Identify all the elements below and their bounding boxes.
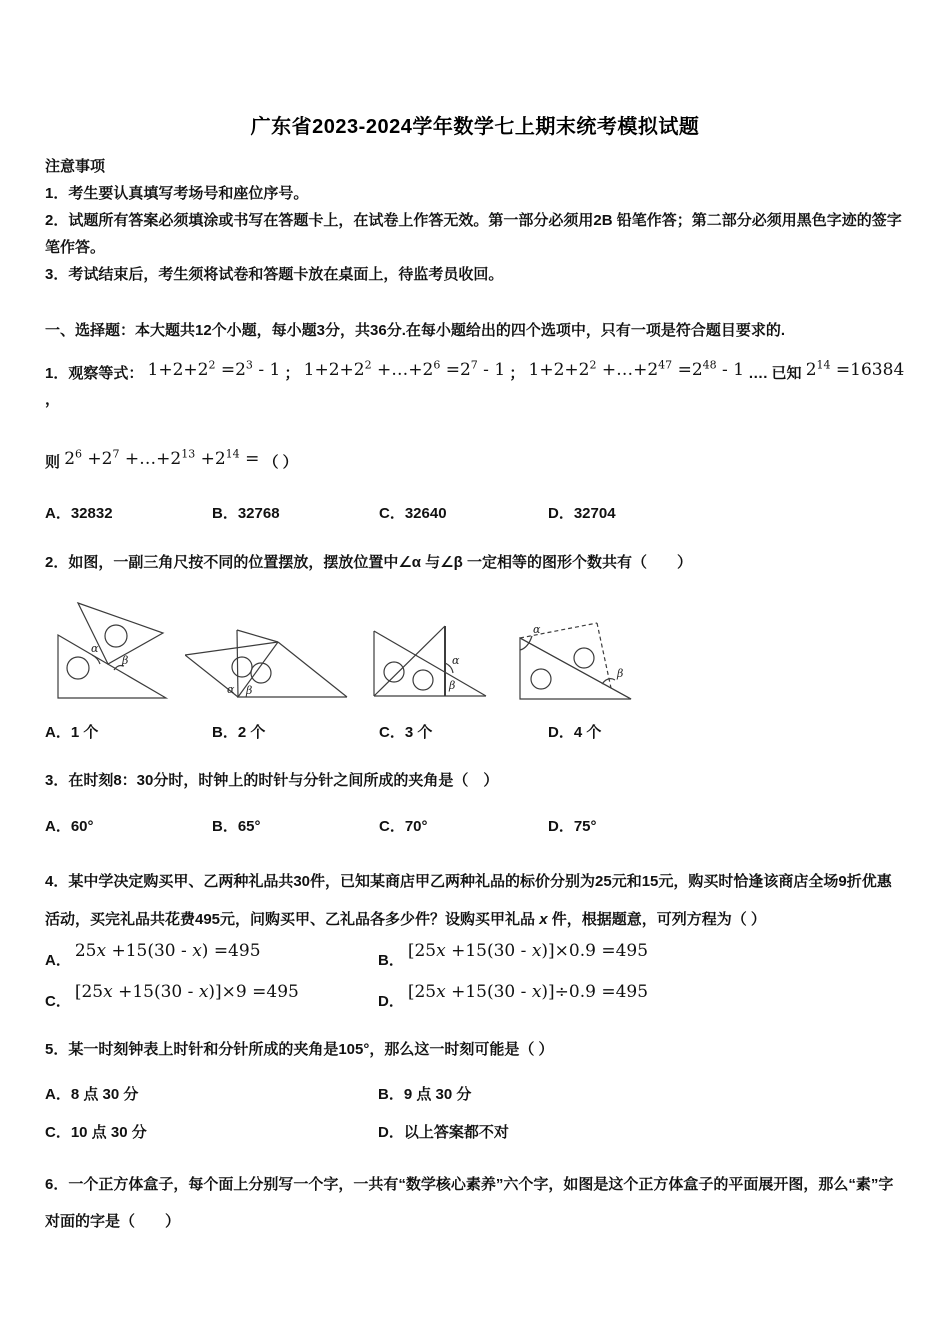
notice-item-3: 3．考试结束后，考生须将试卷和答题卡放在桌面上，待监考员收回。 — [45, 261, 905, 288]
q1-formula-4: 214 =16384 — [806, 360, 905, 380]
q1-option-a: A．32832 — [45, 503, 212, 525]
q5-options-grid: A．8 点 30 分 B．9 点 30 分 C．10 点 30 分 D．以上答案… — [45, 1083, 905, 1142]
q2-option-d: D．4 个 — [548, 722, 905, 744]
beta-label: β — [448, 679, 455, 692]
q4-options-grid: A． 25x +15(30 - x) =495 B． [25x +15(30 -… — [45, 949, 905, 1011]
question-2-text: 2．如图，一副三角尺按不同的位置摆放，摆放位置中∠α 与∠β 一定相等的图形个数… — [45, 550, 905, 576]
q5-option-a: A．8 点 30 分 — [45, 1083, 378, 1104]
q1-prefix: 1．观察等式： — [45, 365, 143, 382]
notice-heading: 注意事项 — [45, 153, 905, 180]
q1-answer-bracket: （ ） — [264, 454, 298, 471]
q3-options-row: A．60° B．65° C．70° D．75° — [45, 816, 905, 838]
q1-option-b: B．32768 — [212, 503, 379, 525]
q4-option-c: C． [25x +15(30 - x)]×9 =495 — [45, 990, 378, 1011]
beta-label: β — [616, 667, 623, 680]
q5-option-c: C．10 点 30 分 — [45, 1121, 378, 1142]
q2-option-a: A．1 个 — [45, 722, 212, 744]
q1-option-c: C．32640 — [379, 503, 548, 525]
q2-figure-4-triangle-rulers: α β — [518, 622, 633, 700]
alpha-label: α — [91, 642, 99, 655]
question-5-text: 5．某一时刻钟表上时针和分针所成的夹角是105°，那么这一时刻可能是（ ） — [45, 1037, 905, 1063]
q2-options-row: A．1 个 B．2 个 C．3 个 D．4 个 — [45, 722, 905, 744]
q1-sep-1: ； — [284, 365, 299, 382]
q3-option-a: A．60° — [45, 816, 212, 838]
q4-option-a: A． 25x +15(30 - x) =495 — [45, 949, 378, 970]
q4-option-d: D． [25x +15(30 - x)]÷0.9 =495 — [378, 990, 905, 1011]
notice-item-1: 1．考生要认真填写考场号和座位序号。 — [45, 180, 905, 207]
q4-option-d-formula: [25x +15(30 - x)]÷0.9 =495 — [408, 982, 648, 1002]
q1-options-row: A．32832 B．32768 C．32640 D．32704 — [45, 503, 905, 525]
q4-option-b-label: B． — [378, 949, 404, 970]
page-title: 广东省2023-2024学年数学七上期末统考模拟试题 — [45, 110, 905, 139]
section1-heading: 一、选择题：本大题共12个小题，每小题3分，共36分.在每小题给出的四个选项中，… — [45, 319, 905, 343]
q2-figures-row: α β α β — [45, 598, 905, 700]
q3-option-c: C．70° — [379, 816, 548, 838]
q3-option-d: D．75° — [548, 816, 905, 838]
q2-figure-3-triangle-rulers: α β — [373, 625, 487, 700]
q1-known-text: …. 已知 — [748, 365, 801, 382]
q1-formula-5: 26 +27 +…+213 +214 = — [64, 449, 259, 469]
q1-formula-2: 1+2+22 +…+26 =27 - 1 — [304, 360, 506, 380]
q2-figure-2-triangle-rulers: α β — [185, 625, 350, 700]
notice-section: 注意事项 1．考生要认真填写考场号和座位序号。 2．试题所有答案必须填涂或书写在… — [45, 153, 905, 288]
q3-option-b: B．65° — [212, 816, 379, 838]
alpha-label: α — [452, 654, 460, 667]
q1-comma: ， — [45, 391, 60, 408]
beta-label: β — [121, 654, 128, 667]
q1-formula-3: 1+2+22 +…+247 =248 - 1 — [529, 360, 745, 380]
beta-label: β — [245, 684, 252, 697]
question-4-text: 4．某中学决定购买甲、乙两种礼品共30件，已知某商店甲乙两种礼品的标价分别为25… — [45, 863, 905, 939]
q1-sep-2: ； — [509, 365, 524, 382]
question-1-equation-line: 则 26 +27 +…+213 +214 = （ ） — [45, 449, 905, 476]
q1-formula-1: 1+2+22 =23 - 1 — [148, 360, 281, 380]
q2-option-c: C．3 个 — [379, 722, 548, 744]
q4-option-c-formula: [25x +15(30 - x)]×9 =495 — [75, 982, 299, 1002]
question-3-text: 3．在时刻8：30分时，时钟上的时针与分针之间所成的夹角是（ ） — [45, 768, 905, 794]
notice-item-2: 2．试题所有答案必须填涂或书写在答题卡上，在试卷上作答无效。第一部分必须用2B … — [45, 207, 905, 261]
q4-option-a-formula: 25x +15(30 - x) =495 — [75, 941, 261, 961]
q4-option-d-label: D． — [378, 990, 404, 1011]
q4-option-b-formula: [25x +15(30 - x)]×0.9 =495 — [408, 941, 648, 961]
q1-then: 则 — [45, 454, 60, 471]
q2-figure-1-triangle-rulers: α β — [48, 600, 173, 700]
exam-page: 广东省2023-2024学年数学七上期末统考模拟试题 注意事项 1．考生要认真填… — [0, 0, 950, 1344]
q1-option-d: D．32704 — [548, 503, 905, 525]
q4-option-c-label: C． — [45, 990, 71, 1011]
q4-option-a-label: A． — [45, 949, 71, 970]
alpha-label: α — [227, 683, 235, 696]
alpha-label: α — [533, 623, 541, 636]
q5-option-d: D．以上答案都不对 — [378, 1121, 905, 1142]
q4-option-b: B． [25x +15(30 - x)]×0.9 =495 — [378, 949, 905, 970]
question-1-text: 1．观察等式： 1+2+22 =23 - 1 ； 1+2+22 +…+26 =2… — [45, 360, 905, 413]
q5-option-b: B．9 点 30 分 — [378, 1083, 905, 1104]
q2-option-b: B．2 个 — [212, 722, 379, 744]
question-6-text: 6．一个正方体盒子，每个面上分别写一个字，一共有“数学核心素养”六个字，如图是这… — [45, 1166, 905, 1240]
